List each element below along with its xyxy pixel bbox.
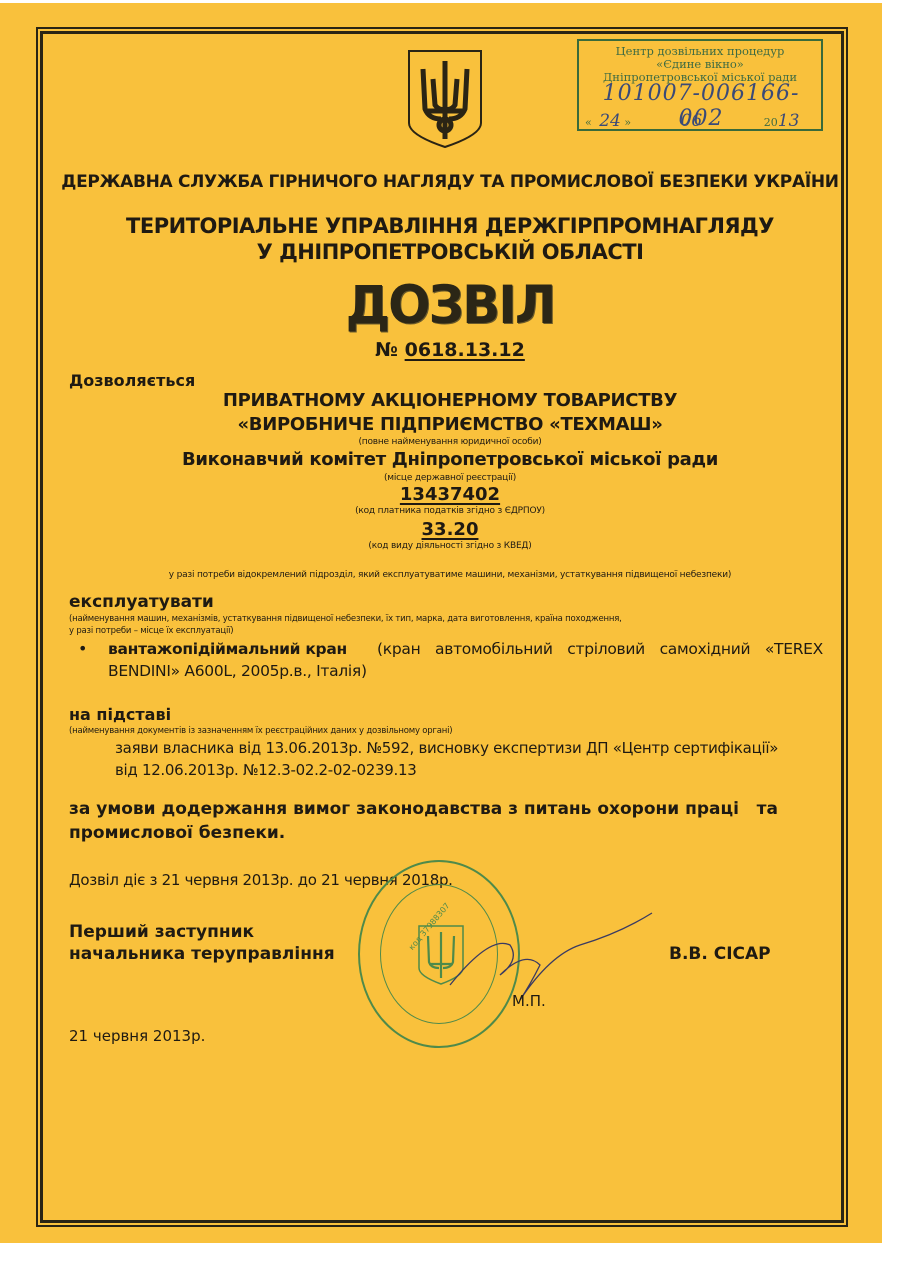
stamp-year-suffix: 13 (778, 111, 800, 131)
permit-number: № 0618.13.12 (60, 339, 840, 361)
kved-code: 33.20 (422, 519, 479, 540)
basis-line-1: заяви власника від 13.06.2013р. №592, ви… (115, 737, 778, 759)
permit-number-value: 0618.13.12 (405, 339, 525, 361)
basis-caption: (найменування документів із зазначенням … (69, 725, 452, 737)
seal-mark: М.П. (512, 992, 546, 1010)
trident-coat-of-arms-icon (407, 49, 483, 149)
department-line-1: ТЕРИТОРІАЛЬНЕ УПРАВЛІННЯ ДЕРЖГІРПРОМНАГЛ… (60, 213, 840, 239)
condition-line-1: за умови додержання вимог законодавства … (69, 797, 778, 821)
issuing-service: ДЕРЖАВНА СЛУЖБА ГІРНИЧОГО НАГЛЯДУ ТА ПРО… (60, 172, 840, 192)
stamp-day: 24 (599, 111, 621, 131)
document-title: ДОЗВІЛ (60, 275, 840, 336)
stamp-year-prefix: 20 (764, 116, 778, 129)
permit-number-prefix: № (375, 339, 398, 361)
signatory-position-line-1: Перший заступник (69, 921, 254, 943)
stamp-month: 06 (681, 111, 703, 131)
signatory-position-line-2: начальника теруправління (69, 943, 335, 965)
issue-date: 21 червня 2013р. (69, 1027, 205, 1045)
equipment-name: вантажопідіймальний кран (108, 640, 347, 658)
registration-stamp: Центр дозвільних процедур «Єдине вікно» … (577, 39, 823, 131)
grantee-label: Дозволяється (69, 371, 195, 390)
operate-label: експлуатувати (69, 592, 214, 612)
edrpou-code: 13437402 (400, 484, 500, 505)
equipment-detail-line-1: (кран автомобільний стріловий самохідний… (377, 638, 823, 660)
stamp-quote-open: « (585, 116, 592, 129)
subdivision-caption: у разі потреби відокремлений підрозділ, … (60, 570, 840, 580)
equipment-detail-line-2: BENDINI» A600L, 2005р.в., Італія) (108, 660, 823, 682)
operate-caption-line-2: у разі потреби – місце їх експлуатації) (69, 625, 233, 637)
kved-caption: (код виду діяльності згідно з КВЕД) (60, 541, 840, 551)
grantee-name-caption: (повне найменування юридичної особи) (60, 437, 840, 447)
edrpou-caption: (код платника податків згідно з ЄДРПОУ) (60, 506, 840, 516)
department-line-2: У ДНІПРОПЕТРОВСЬКІЙ ОБЛАСТІ (60, 239, 840, 265)
condition-line-2: промислової безпеки. (69, 821, 285, 845)
bullet-icon: • (78, 638, 87, 660)
grantee-name-line-1: ПРИВАТНОМУ АКЦІОНЕРНОМУ ТОВАРИСТВУ (60, 389, 840, 413)
stamp-quote-close: » (624, 116, 631, 129)
basis-line-2: від 12.06.2013р. №12.3-02.2-02-0239.13 (115, 759, 416, 781)
signatory-name: В.В. СІСАР (669, 943, 771, 965)
grantee-name-line-2: «ВИРОБНИЧЕ ПІДПРИЄМСТВО «ТЕХМАШ» (60, 413, 840, 437)
basis-label: на підставі (69, 705, 171, 724)
registration-caption: (місце державної реєстрації) (60, 473, 840, 483)
operate-caption-line-1: (найменування машин, механізмів, устатку… (69, 613, 622, 625)
equipment-list-item: • вантажопідіймальний кран (кран автомоб… (78, 638, 823, 682)
registration-place: Виконавчий комітет Дніпропетровської міс… (60, 448, 840, 472)
